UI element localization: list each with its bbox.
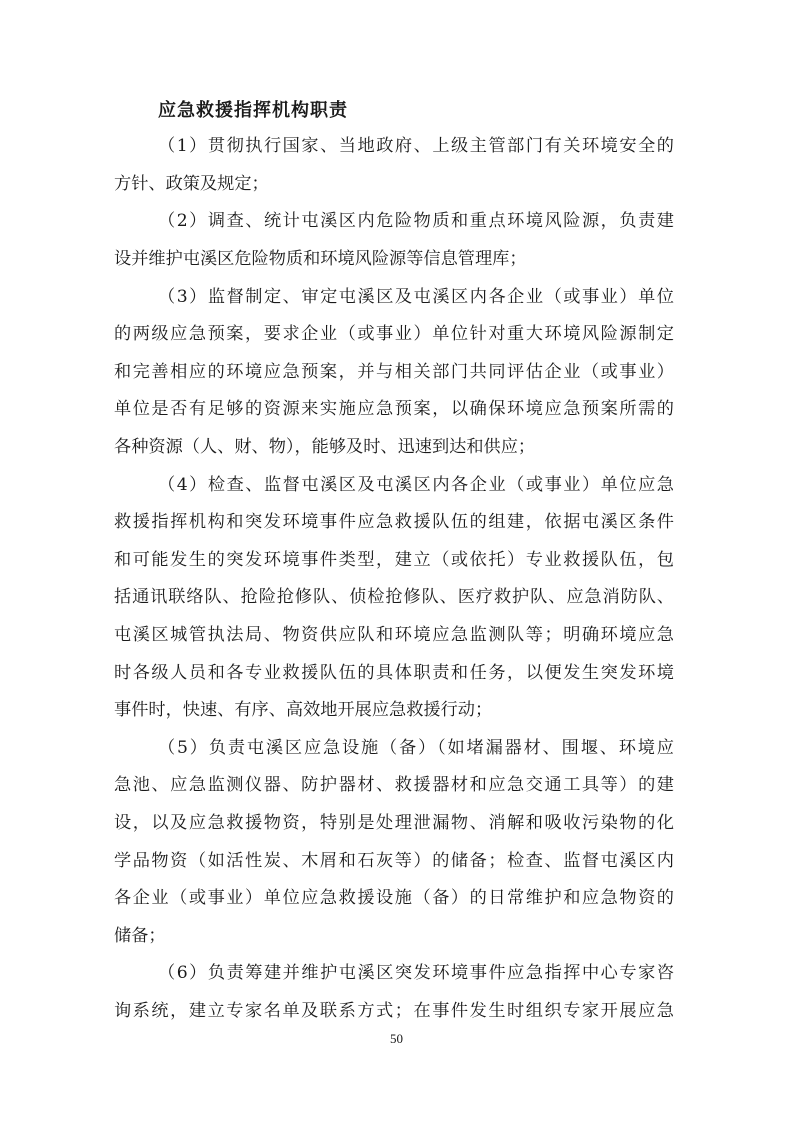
paragraph-first-line: （4）检查、监督屯溪区及屯溪区内各企业（或事业）单位应急 [158,474,674,496]
paragraph-line: 和完善相应的环境应急预案，并与相关部门共同评估企业（或事业） [114,361,674,383]
paragraph-line: 急池、应急监测仪器、防护器材、救援器材和应急交通工具等）的建 [114,774,674,796]
paragraph-line: 时各级人员和各专业救援队伍的具体职责和任务，以便发生突发环境 [114,662,674,684]
section-heading: 应急救援指挥机构职责 [158,96,348,122]
paragraph-first-line: （2）调查、统计屯溪区内危险物质和重点环境风险源，负责建 [158,210,674,232]
paragraph-line: 括通讯联络队、抢险抢修队、侦检抢修队、医疗救护队、应急消防队、 [114,586,674,608]
paragraph-first-line: （1）贯彻执行国家、当地政府、上级主管部门有关环境安全的 [158,135,674,157]
paragraph-line: 设，以及应急救援物资，特别是处理泄漏物、消解和吸收污染物的化 [114,812,674,834]
document-page: 应急救援指挥机构职责 （1）贯彻执行国家、当地政府、上级主管部门有关环境安全的方… [0,0,793,1122]
paragraph-first-line: （5）负责屯溪区应急设施（备）（如堵漏器材、围堰、环境应 [158,737,674,759]
paragraph-line: 询系统，建立专家名单及联系方式；在事件发生时组织专家开展应急 [114,1000,674,1022]
paragraph-line: 的两级应急预案，要求企业（或事业）单位针对重大环境风险源制定 [114,323,674,345]
paragraph-line: 储备； [114,925,674,947]
page-number: 50 [0,1031,793,1047]
paragraph-line: 救援指挥机构和突发环境事件应急救援队伍的组建，依据屯溪区条件 [114,511,674,533]
paragraph-line: 各企业（或事业）单位应急救援设施（备）的日常维护和应急物资的 [114,887,674,909]
paragraph-line: 方针、政策及规定； [114,173,674,195]
paragraph-line: 事件时，快速、有序、高效地开展应急救援行动； [114,699,674,721]
paragraph-line: 和可能发生的突发环境事件类型，建立（或依托）专业救援队伍，包 [114,549,674,571]
paragraph-line: 各种资源（人、财、物），能够及时、迅速到达和供应； [114,436,674,458]
paragraph-first-line: （3）监督制定、审定屯溪区及屯溪区内各企业（或事业）单位 [158,286,674,308]
paragraph-line: 单位是否有足够的资源来实施应急预案，以确保环境应急预案所需的 [114,398,674,420]
paragraph-line: 学品物资（如活性炭、木屑和石灰等）的储备；检查、监督屯溪区内 [114,850,674,872]
paragraph-line: 屯溪区城管执法局、物资供应队和环境应急监测队等；明确环境应急 [114,624,674,646]
paragraph-first-line: （6）负责筹建并维护屯溪区突发环境事件应急指挥中心专家咨 [158,962,674,984]
paragraph-line: 设并维护屯溪区危险物质和环境风险源等信息管理库； [114,248,674,270]
